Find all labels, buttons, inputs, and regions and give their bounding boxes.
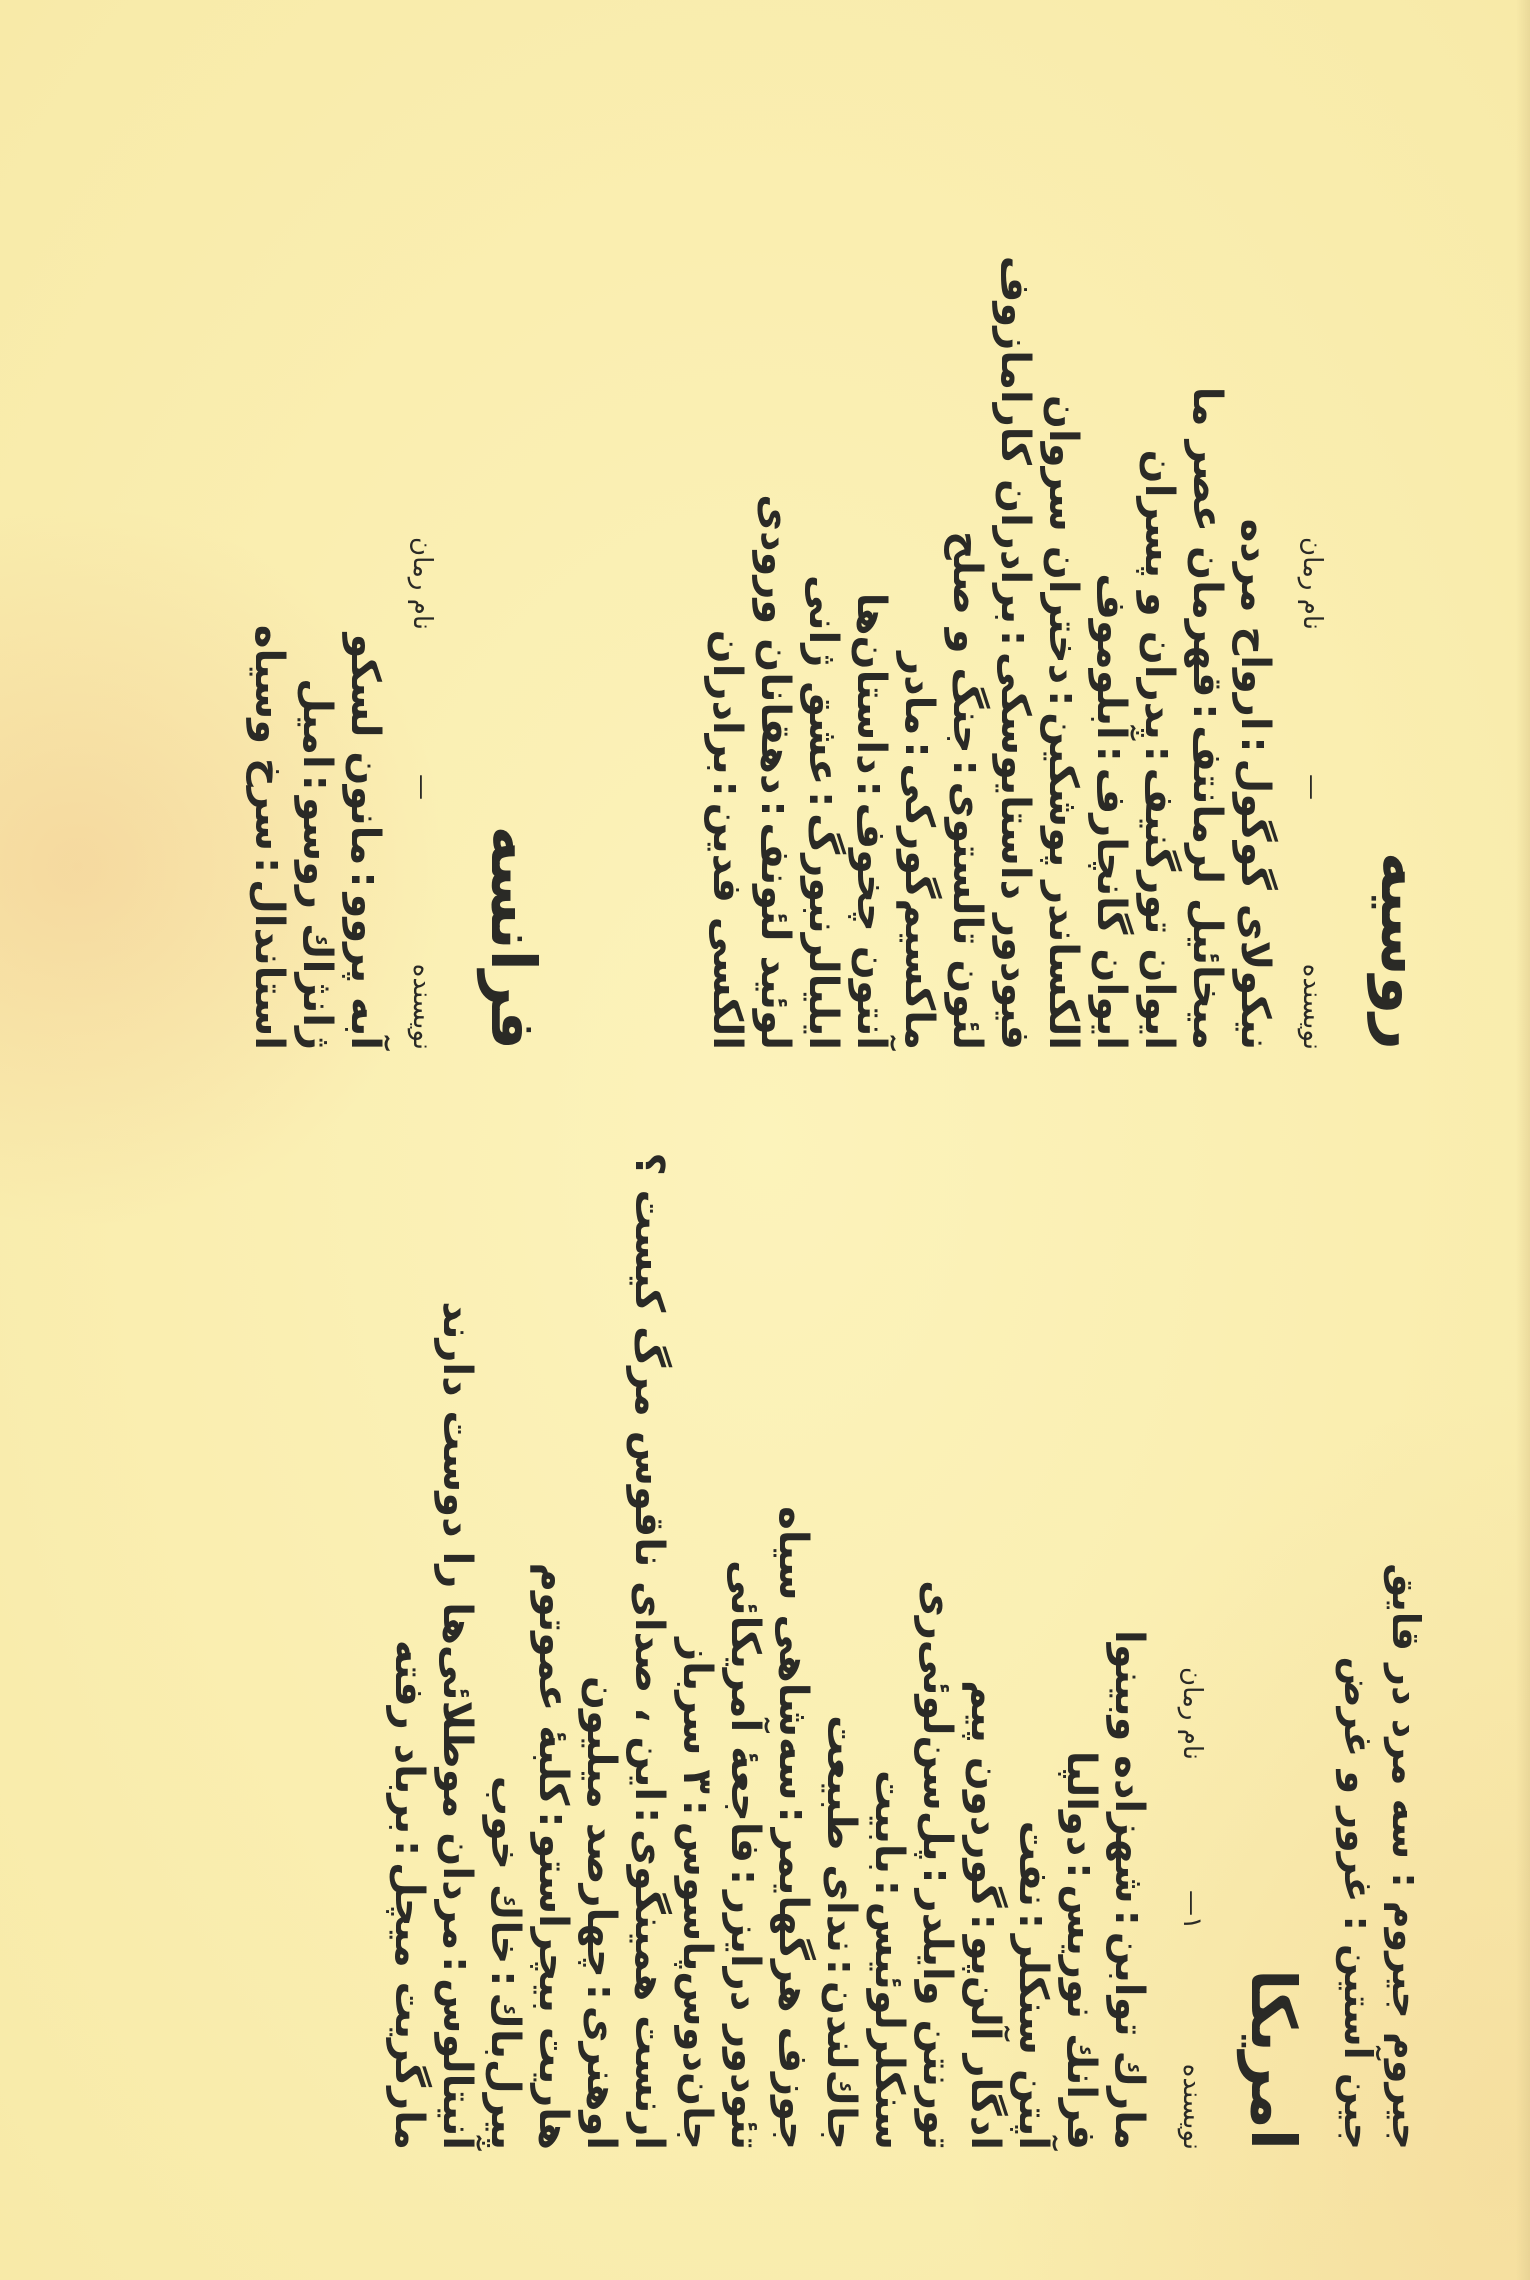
list-item: الكساندر پوشكین:دختران سروان <box>1039 50 1087 1050</box>
list-item: لئون تالستوی:جنگ و صلح <box>943 50 991 1050</box>
list-item: ژانژاك روسو:امیل <box>293 50 341 1050</box>
lower-half: روسیه نویسنده — نام رمان نیكولای گوگول:ا… <box>0 0 1530 1140</box>
list-item: اوهنری:چهارصد میلیون <box>577 1150 625 2150</box>
list-item: سنكلرلوئیس:بابیت <box>865 1150 913 2150</box>
list-item: هاریت بیچراستو:كلبهٔ عموتوم <box>529 1150 577 2150</box>
intro-line: جیروم جیروم : سه مرد در قایق <box>1382 1563 1430 2150</box>
column-header: نویسنده — نام رمان <box>1297 50 1327 1050</box>
intro-line: جین آستین : غرور و غرض <box>1334 1563 1382 2150</box>
list-item: جوزف هرگهایمر:سه‌شاهی سیاه <box>769 1150 817 2150</box>
list-item: مارك توابن:شهزاده وبینوا <box>1105 1150 1153 2150</box>
section-russia: روسیه نویسنده — نام رمان نیكولای گوگول:ا… <box>703 50 1440 1050</box>
section-title: امریکا <box>1237 1150 1310 2150</box>
entry-list: مارك توابن:شهزاده وبینوا فرانك نوریس:دوا… <box>385 1150 1153 2150</box>
list-item: جاك‌لندن:ندای طبیعت <box>817 1150 865 2150</box>
list-item: آبه پروو:مانون لسكو <box>341 50 389 1050</box>
section-title: فرانسه <box>477 50 550 1050</box>
list-item: آنتون چخوف:داستان‌ها <box>847 50 895 1050</box>
list-item: استاندال:سرخ وسیاه <box>245 50 293 1050</box>
header-author: نویسنده <box>1297 800 1327 1050</box>
list-item: ایلیالرنبورگ:عشق ژانی <box>799 50 847 1050</box>
list-item: نیكولای گوگول:ارواح مرده <box>1231 50 1279 1050</box>
list-item: فرانك نوریس:دوالپا <box>1057 1150 1105 2150</box>
list-item: ارنست همینگوی:این ، صدای ناقوس مرگ كیست … <box>625 1150 673 2150</box>
header-author: نویسنده <box>407 800 437 1050</box>
column-header: نویسنده — نام رمان <box>407 50 437 1050</box>
list-item: الكسی فدین:برادران <box>703 50 751 1050</box>
entry-list: نیكولای گوگول:ارواح مرده میخائیل لرمانتف… <box>703 50 1279 1050</box>
list-item: ادگار آلن‌پو:گوردون پیم <box>961 1150 1009 2150</box>
intro-block: جیروم جیروم : سه مرد در قایق جین آستین :… <box>1334 1563 1430 2150</box>
header-title: نام رمان <box>1297 537 1327 630</box>
list-item: جان‌دوس‌پاسوس:۳ سرباز <box>673 1150 721 2150</box>
list-item: تئودور درایزر:فاجعهٔ آمریكائی <box>721 1150 769 2150</box>
list-item: ایوان تورگنیف:پدران و پسران <box>1135 50 1183 1050</box>
list-item: آپتن سنكلر:نفت <box>1009 1150 1057 2150</box>
list-item: میخائیل لرمانتف:قهرمان عصر ما <box>1183 50 1231 1050</box>
entry-list: آبه پروو:مانون لسكو ژانژاك روسو:امیل است… <box>245 50 389 1050</box>
section-title: روسیه <box>1367 50 1440 1050</box>
list-item: پیرل‌باك:خاك خوب <box>481 1150 529 2150</box>
header-title: نام رمان <box>1177 1667 1207 1760</box>
column-header: نویسنده ۱— نام رمان <box>1177 1150 1207 2150</box>
list-item: ایوان گانچارف:آبلوموف <box>1087 50 1135 1050</box>
list-item: آنیتالوس:مردان موطلائی‌ها را دوست دارند <box>433 1150 481 2150</box>
list-item: تورنتن وایلدر:پل‌سن‌لوئی‌ری <box>913 1150 961 2150</box>
section-america: امریکا نویسنده ۱— نام رمان مارك توابن:شه… <box>385 1150 1310 2150</box>
header-dash: — <box>1297 630 1327 800</box>
list-item: فیودور داستایوسكی:برادران كارامازوف <box>991 50 1039 1050</box>
list-item: لوئید لئونف:دهقانان ورودی <box>751 50 799 1050</box>
section-france: فرانسه نویسنده — نام رمان آبه پروو:مانون… <box>245 50 550 1050</box>
rotated-page: جیروم جیروم : سه مرد در قایق جین آستین :… <box>0 0 1530 2280</box>
upper-half: جیروم جیروم : سه مرد در قایق جین آستین :… <box>0 1140 1530 2280</box>
list-item: ماكسیم‌گوركی:مادر <box>895 50 943 1050</box>
header-dash: — <box>407 630 437 800</box>
header-number: ۱— <box>1177 1760 1207 1930</box>
list-item: مارگریت میچل:برباد رفته <box>385 1150 433 2150</box>
header-author: نویسنده <box>1177 1930 1207 2150</box>
header-title: نام رمان <box>407 537 437 630</box>
